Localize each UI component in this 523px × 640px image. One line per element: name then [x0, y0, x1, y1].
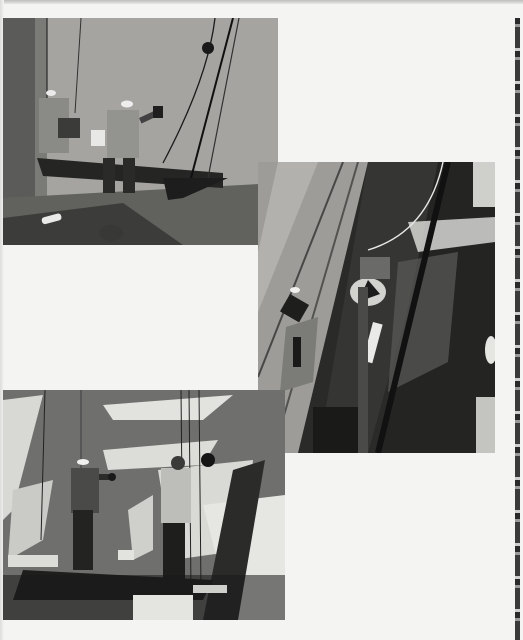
photo-sailors-painting-wall	[3, 18, 278, 245]
scan-top-edge	[0, 0, 523, 4]
page-binding-edge	[515, 18, 520, 640]
photo-ship-hull-overhead	[258, 162, 495, 453]
photo-sailors-on-scaffold-shadows	[3, 390, 285, 620]
